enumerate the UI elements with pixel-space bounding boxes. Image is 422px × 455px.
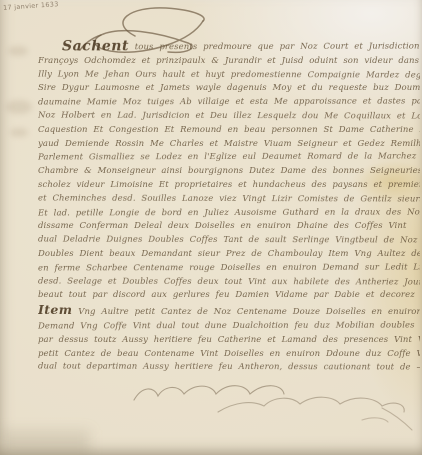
text-line: Et lad. petille Longie de bord en Juliez… (38, 206, 420, 221)
text-line: Item Vng Aultre petit Cantez de Noz Cent… (38, 303, 420, 320)
text-line: Noz Holbert en Lad. Jurisdicion et Deu i… (38, 109, 420, 124)
text-line: desd. Seelage et Doubles Coffes deux tou… (38, 275, 420, 290)
text-line: Sire Dygur Laumosne et Jamets wayle dage… (38, 82, 420, 96)
text-line-content: tous presents predmoure que par Noz Cour… (135, 41, 422, 52)
opening-initial: Sachent (62, 38, 129, 54)
text-line: par dessus toutz Aussy heritiere feu Cat… (38, 334, 420, 348)
text-line: Caquestion Et Congestion Et Remound en b… (38, 124, 420, 138)
text-line: Doubles Dient beaux Demandant sieur Prez… (38, 248, 420, 262)
text-line: Françoys Odchomdez et prinzipaulx & Jura… (38, 55, 420, 69)
text-line: daumaine Mamie Moz tuiges Ab villaige et… (38, 96, 420, 111)
text-line: et Cheminches desd. Souilles Lanoze viez… (38, 192, 420, 207)
paper-smudge (8, 46, 28, 56)
text-line: en ferme Scharbee Centename rouge Doisel… (38, 261, 420, 276)
text-line: Demand Vng Coffe Vint dual tout dune Dua… (38, 319, 420, 334)
text-line: scholez videur Limoisine Et proprietaire… (38, 179, 420, 193)
text-line: Sachent tous presents predmoure que par … (62, 40, 420, 56)
text-line: dissame Conferman Deleal deux Doiselles … (38, 220, 420, 234)
manuscript-page: 17 janvier 1633 Sachent tous presents pr… (0, 0, 422, 455)
text-line-content: Vng Aultre petit Cantez de Noz Centename… (78, 307, 420, 317)
closing-paraph-ornament (126, 376, 422, 434)
text-line: dual Deladrie Duignes Doubles Coffes Tan… (38, 234, 420, 249)
paper-stain (0, 430, 90, 455)
text-line: Chambre & Monseigneur ainsi bourgignons … (38, 165, 420, 179)
item-initial: Item (38, 303, 72, 317)
paper-smudge (10, 128, 28, 137)
text-line: yaud Demiende Rossin Me Charles et Maist… (38, 138, 420, 152)
manuscript-text: Sachent tous presents predmoure que par … (38, 40, 420, 375)
text-line: beaut tout par discord aux gerlures feu … (38, 289, 420, 303)
paper-smudge (6, 100, 32, 114)
text-line: Parlement Gismalliez se Lodez en l'Egliz… (38, 151, 420, 166)
text-line: dual tout departiman Aussy heritiere feu… (38, 361, 420, 376)
text-line: Illy Lyon Me Jehan Ours hault et huyt pr… (38, 68, 420, 83)
text-line: petit Cantez de beau Contename Vint Dois… (38, 348, 420, 362)
